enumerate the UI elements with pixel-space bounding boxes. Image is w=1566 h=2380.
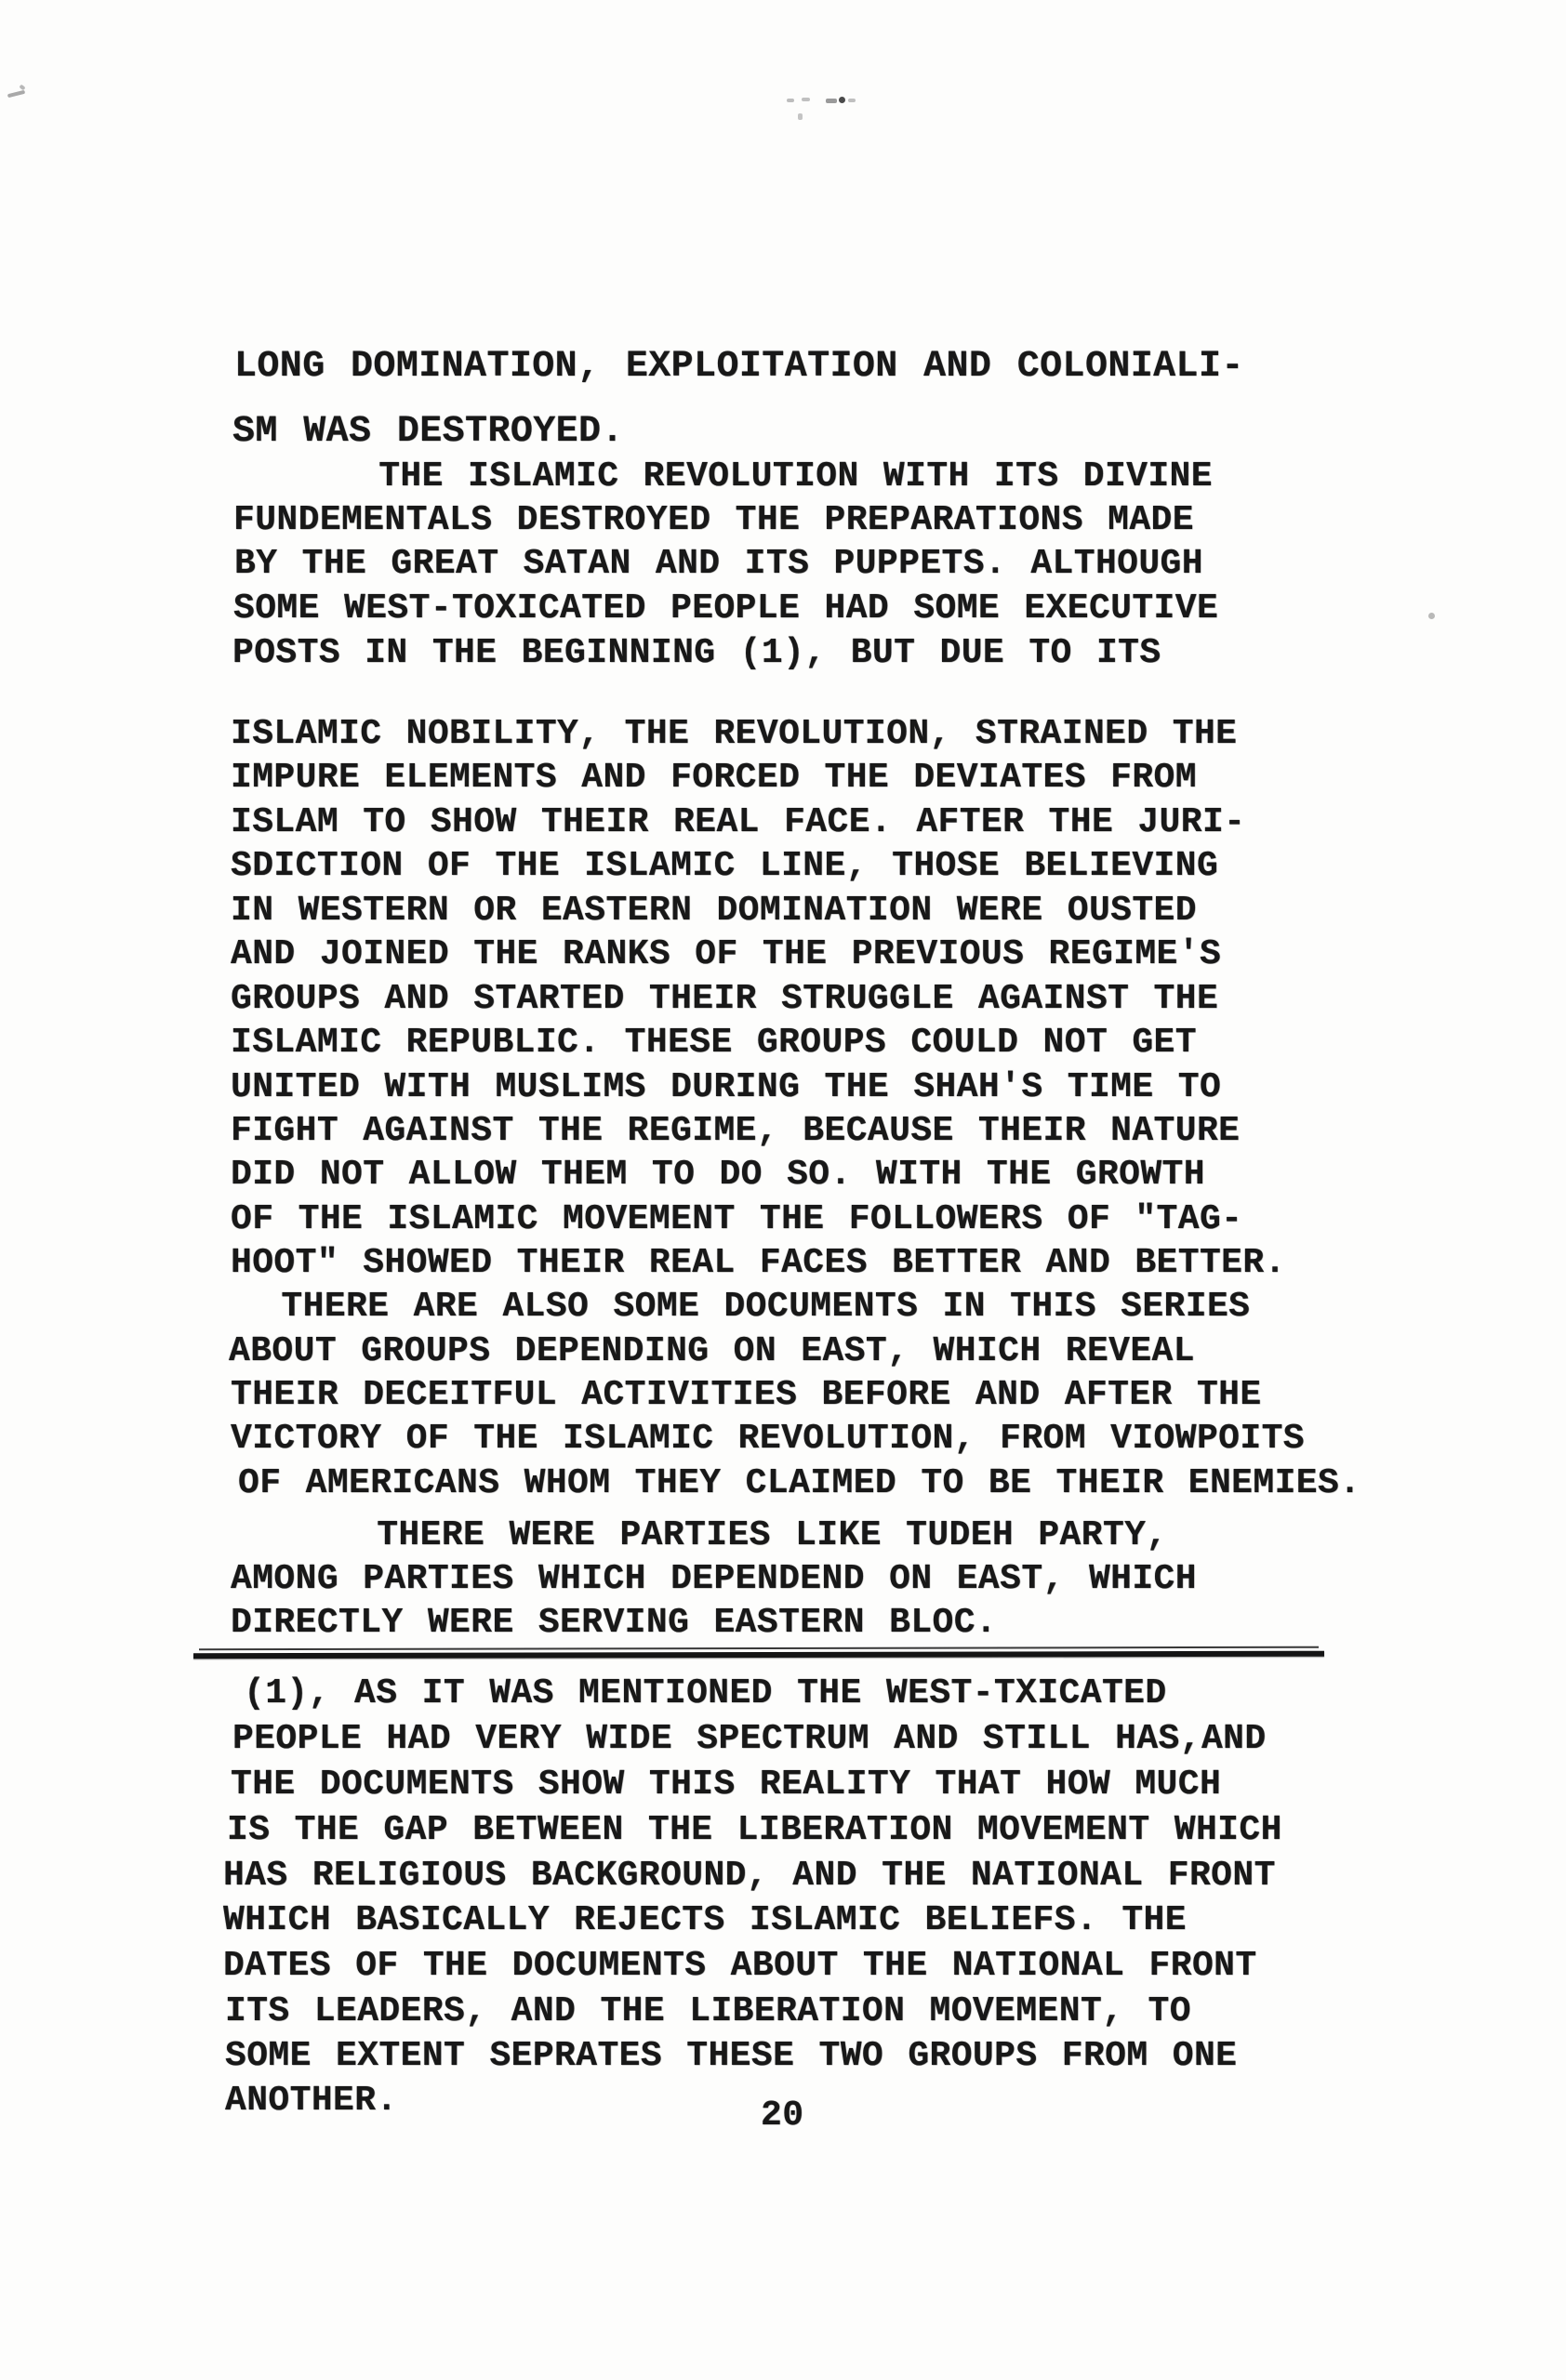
text-line: IMPURE ELEMENTS AND FORCED THE DEVIATES …: [231, 760, 1197, 796]
footnote-separator-line: [193, 1651, 1324, 1659]
text-line: WHICH BASICALLY REJECTS ISLAMIC BELIEFS.…: [223, 1903, 1187, 1938]
text-line: DIRECTLY WERE SERVING EASTERN BLOC.: [231, 1606, 997, 1641]
text-line: UNITED WITH MUSLIMS DURING THE SHAH'S TI…: [231, 1070, 1221, 1105]
pencil-smudge: [798, 113, 803, 120]
text-line: IN WESTERN OR EASTERN DOMINATION WERE OU…: [231, 893, 1197, 929]
text-line: THERE ARE ALSO SOME DOCUMENTS IN THIS SE…: [232, 1289, 1250, 1325]
text-line: FIGHT AGAINST THE REGIME, BECAUSE THEIR …: [231, 1114, 1240, 1149]
text-line: IS THE GAP BETWEEN THE LIBERATION MOVEME…: [227, 1813, 1282, 1848]
text-line: BY THE GREAT SATAN AND ITS PUPPETS. ALTH…: [234, 547, 1203, 582]
text-line: AND JOINED THE RANKS OF THE PREVIOUS REG…: [231, 937, 1221, 972]
pencil-smudge: [848, 99, 856, 102]
footnote-separator-line: [199, 1646, 1319, 1651]
text-line: LONG DOMINATION, EXPLOITATION AND COLONI…: [234, 349, 1244, 386]
stray-ink-mark: [19, 85, 25, 91]
text-line: THE DOCUMENTS SHOW THIS REALITY THAT HOW…: [231, 1767, 1221, 1803]
stray-ink-mark: [7, 90, 25, 98]
text-line: ISLAM TO SHOW THEIR REAL FACE. AFTER THE…: [231, 805, 1245, 840]
text-line: SOME WEST-TOXICATED PEOPLE HAD SOME EXEC…: [233, 591, 1218, 627]
text-line: THE ISLAMIC REVOLUTION WITH ITS DIVINE: [232, 459, 1213, 495]
text-line: OF AMERICANS WHOM THEY CLAIMED TO BE THE…: [238, 1466, 1360, 1501]
faint-period-mark: [1428, 613, 1435, 619]
text-line: DATES OF THE DOCUMENTS ABOUT THE NATIONA…: [223, 1949, 1257, 1984]
text-line: HAS RELIGIOUS BACKGROUND, AND THE NATION…: [223, 1858, 1276, 1894]
text-line: PEOPLE HAD VERY WIDE SPECTRUM AND STILL …: [232, 1722, 1267, 1757]
text-line: SOME EXTENT SEPRATES THESE TWO GROUPS FR…: [225, 2039, 1237, 2074]
text-line: ITS LEADERS, AND THE LIBERATION MOVEMENT…: [225, 1994, 1191, 2030]
pencil-smudge: [839, 97, 845, 103]
scanned-document-page: LONG DOMINATION, EXPLOITATION AND COLONI…: [0, 0, 1566, 2380]
text-line: THEIR DECEITFUL ACTIVITIES BEFORE AND AF…: [231, 1378, 1262, 1413]
text-line: ABOUT GROUPS DEPENDING ON EAST, WHICH RE…: [229, 1334, 1195, 1369]
pencil-smudge: [826, 99, 837, 103]
text-line: VICTORY OF THE ISLAMIC REVOLUTION, FROM …: [231, 1421, 1305, 1457]
page-number: 20: [761, 2098, 803, 2134]
pencil-smudge: [802, 98, 810, 101]
text-line: POSTS IN THE BEGINNING (1), BUT DUE TO I…: [232, 636, 1161, 671]
text-line: THERE WERE PARTIES LIKE TUDEH PARTY,: [231, 1518, 1168, 1554]
text-line: FUNDEMENTALS DESTROYED THE PREPARATIONS …: [233, 503, 1194, 538]
text-line: SDICTION OF THE ISLAMIC LINE, THOSE BELI…: [231, 849, 1218, 884]
text-line: SM WAS DESTROYED.: [232, 414, 624, 451]
text-line: ANOTHER.: [225, 2083, 398, 2119]
text-line: ISLAMIC NOBILITY, THE REVOLUTION, STRAIN…: [231, 717, 1237, 752]
text-line: DID NOT ALLOW THEM TO DO SO. WITH THE GR…: [231, 1157, 1205, 1193]
text-line: GROUPS AND STARTED THEIR STRUGGLE AGAINS…: [231, 982, 1218, 1017]
text-line: (1), AS IT WAS MENTIONED THE WEST-TXICAT…: [244, 1676, 1167, 1712]
text-line: OF THE ISLAMIC MOVEMENT THE FOLLOWERS OF…: [231, 1202, 1242, 1237]
text-line: HOOT" SHOWED THEIR REAL FACES BETTER AND…: [231, 1246, 1286, 1281]
text-line: ISLAMIC REPUBLIC. THESE GROUPS COULD NOT…: [231, 1025, 1197, 1061]
text-line: AMONG PARTIES WHICH DEPENDEND ON EAST, W…: [231, 1562, 1197, 1597]
pencil-smudge: [787, 99, 794, 102]
